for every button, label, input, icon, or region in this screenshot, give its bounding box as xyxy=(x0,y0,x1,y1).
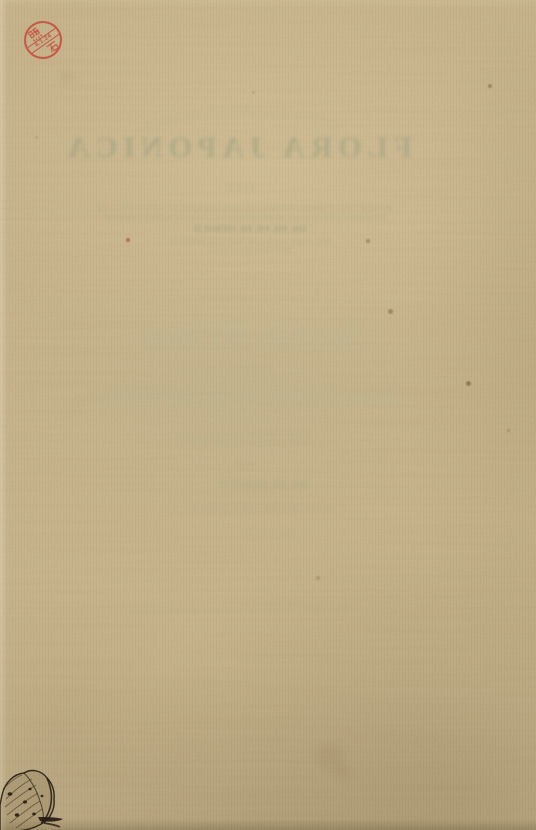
foxing-speck xyxy=(335,764,351,780)
library-stamp: 4.1.24 xyxy=(17,14,70,67)
foxing-speck xyxy=(466,381,471,386)
showthrough-title: FLORA JAPONICA xyxy=(62,133,412,163)
foxing-speck xyxy=(366,239,370,243)
ink-sketch-drawing xyxy=(0,765,110,830)
foxing-speck xyxy=(388,309,393,314)
showthrough-script: Plantas Ornatui vel Usui inservientes xyxy=(101,386,399,408)
showthrough-line: cum tabulis aeneo-pictis xyxy=(178,434,309,445)
foxing-speck xyxy=(316,576,320,580)
showthrough-arc-smudge xyxy=(59,388,215,428)
showthrough-line: PINGENDAS CURAVIT, ATQUE OBSERVATIONIBUS… xyxy=(104,214,387,222)
paper-streak-texture xyxy=(0,0,536,830)
showthrough-line: SOC. CAES. LEOP. CAR. NAT. CUR. SODALIS xyxy=(171,238,332,246)
foxing-speck xyxy=(61,71,73,83)
showthrough-line: LUGDUNI BATAVORUM xyxy=(241,655,339,664)
showthrough-line: SIVE xyxy=(225,183,255,193)
foxing-speck xyxy=(488,84,492,88)
stamp-circle: 4.1.24 xyxy=(17,14,70,67)
showthrough-layer: FLORA JAPONICASIVEPLANTAE, QUAS IN IMPER… xyxy=(0,0,536,830)
showthrough-line: MONACHII MDCCCXXXV xyxy=(208,247,291,254)
showthrough-line: DR. DE SIEBOLD xyxy=(220,480,308,491)
showthrough-line: PLANTAE, QUAS IN IMPERIO JAPONICO COLLEG… xyxy=(95,205,392,213)
showthrough-line: ACAD. CAES. LEOP. CAROL. SODALIS xyxy=(193,505,332,513)
foxing-speck xyxy=(35,136,38,139)
showthrough-line: MDCCCXXXV. xyxy=(230,735,286,744)
showthrough-script: Sectio Prima xyxy=(141,316,362,354)
showthrough-arc-smudge xyxy=(135,110,356,142)
showthrough-line: edidit xyxy=(235,460,254,469)
foxing-speck xyxy=(126,238,130,242)
foxing-speck xyxy=(507,429,510,432)
paper-grain-texture xyxy=(0,0,536,830)
showthrough-line: continens xyxy=(231,366,269,376)
scanned-book-page: FLORA JAPONICASIVEPLANTAE, QUAS IN IMPER… xyxy=(0,0,536,830)
foxing-speck xyxy=(252,91,255,94)
showthrough-line: MDCCCXXXV xyxy=(242,532,294,540)
showthrough-line: DR. PH. FR. DE SIEBOLD xyxy=(194,226,306,236)
paper-fiber-texture xyxy=(0,0,536,830)
foxing-speck xyxy=(316,743,344,771)
showthrough-line: VOLUMEN PRIMUM CUM TABULIS LXXXIX xyxy=(132,605,348,614)
showthrough-line: APUD AUCTOREM xyxy=(198,681,253,688)
